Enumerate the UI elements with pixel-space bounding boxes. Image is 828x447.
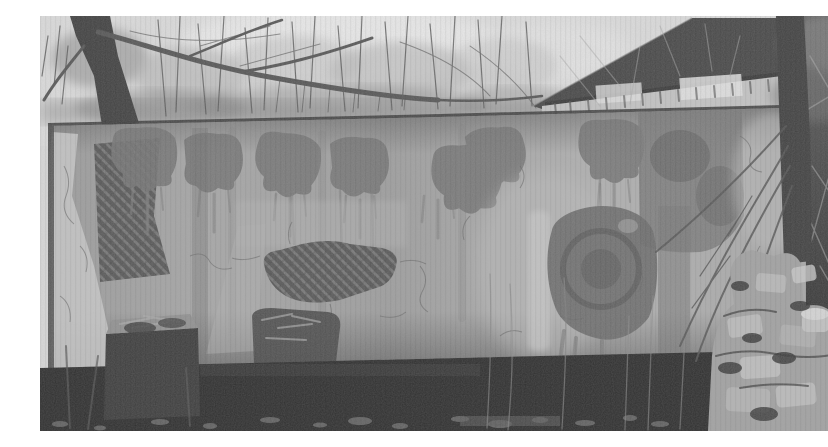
halftone-grain-overlay bbox=[40, 16, 828, 431]
photograph bbox=[40, 16, 828, 431]
